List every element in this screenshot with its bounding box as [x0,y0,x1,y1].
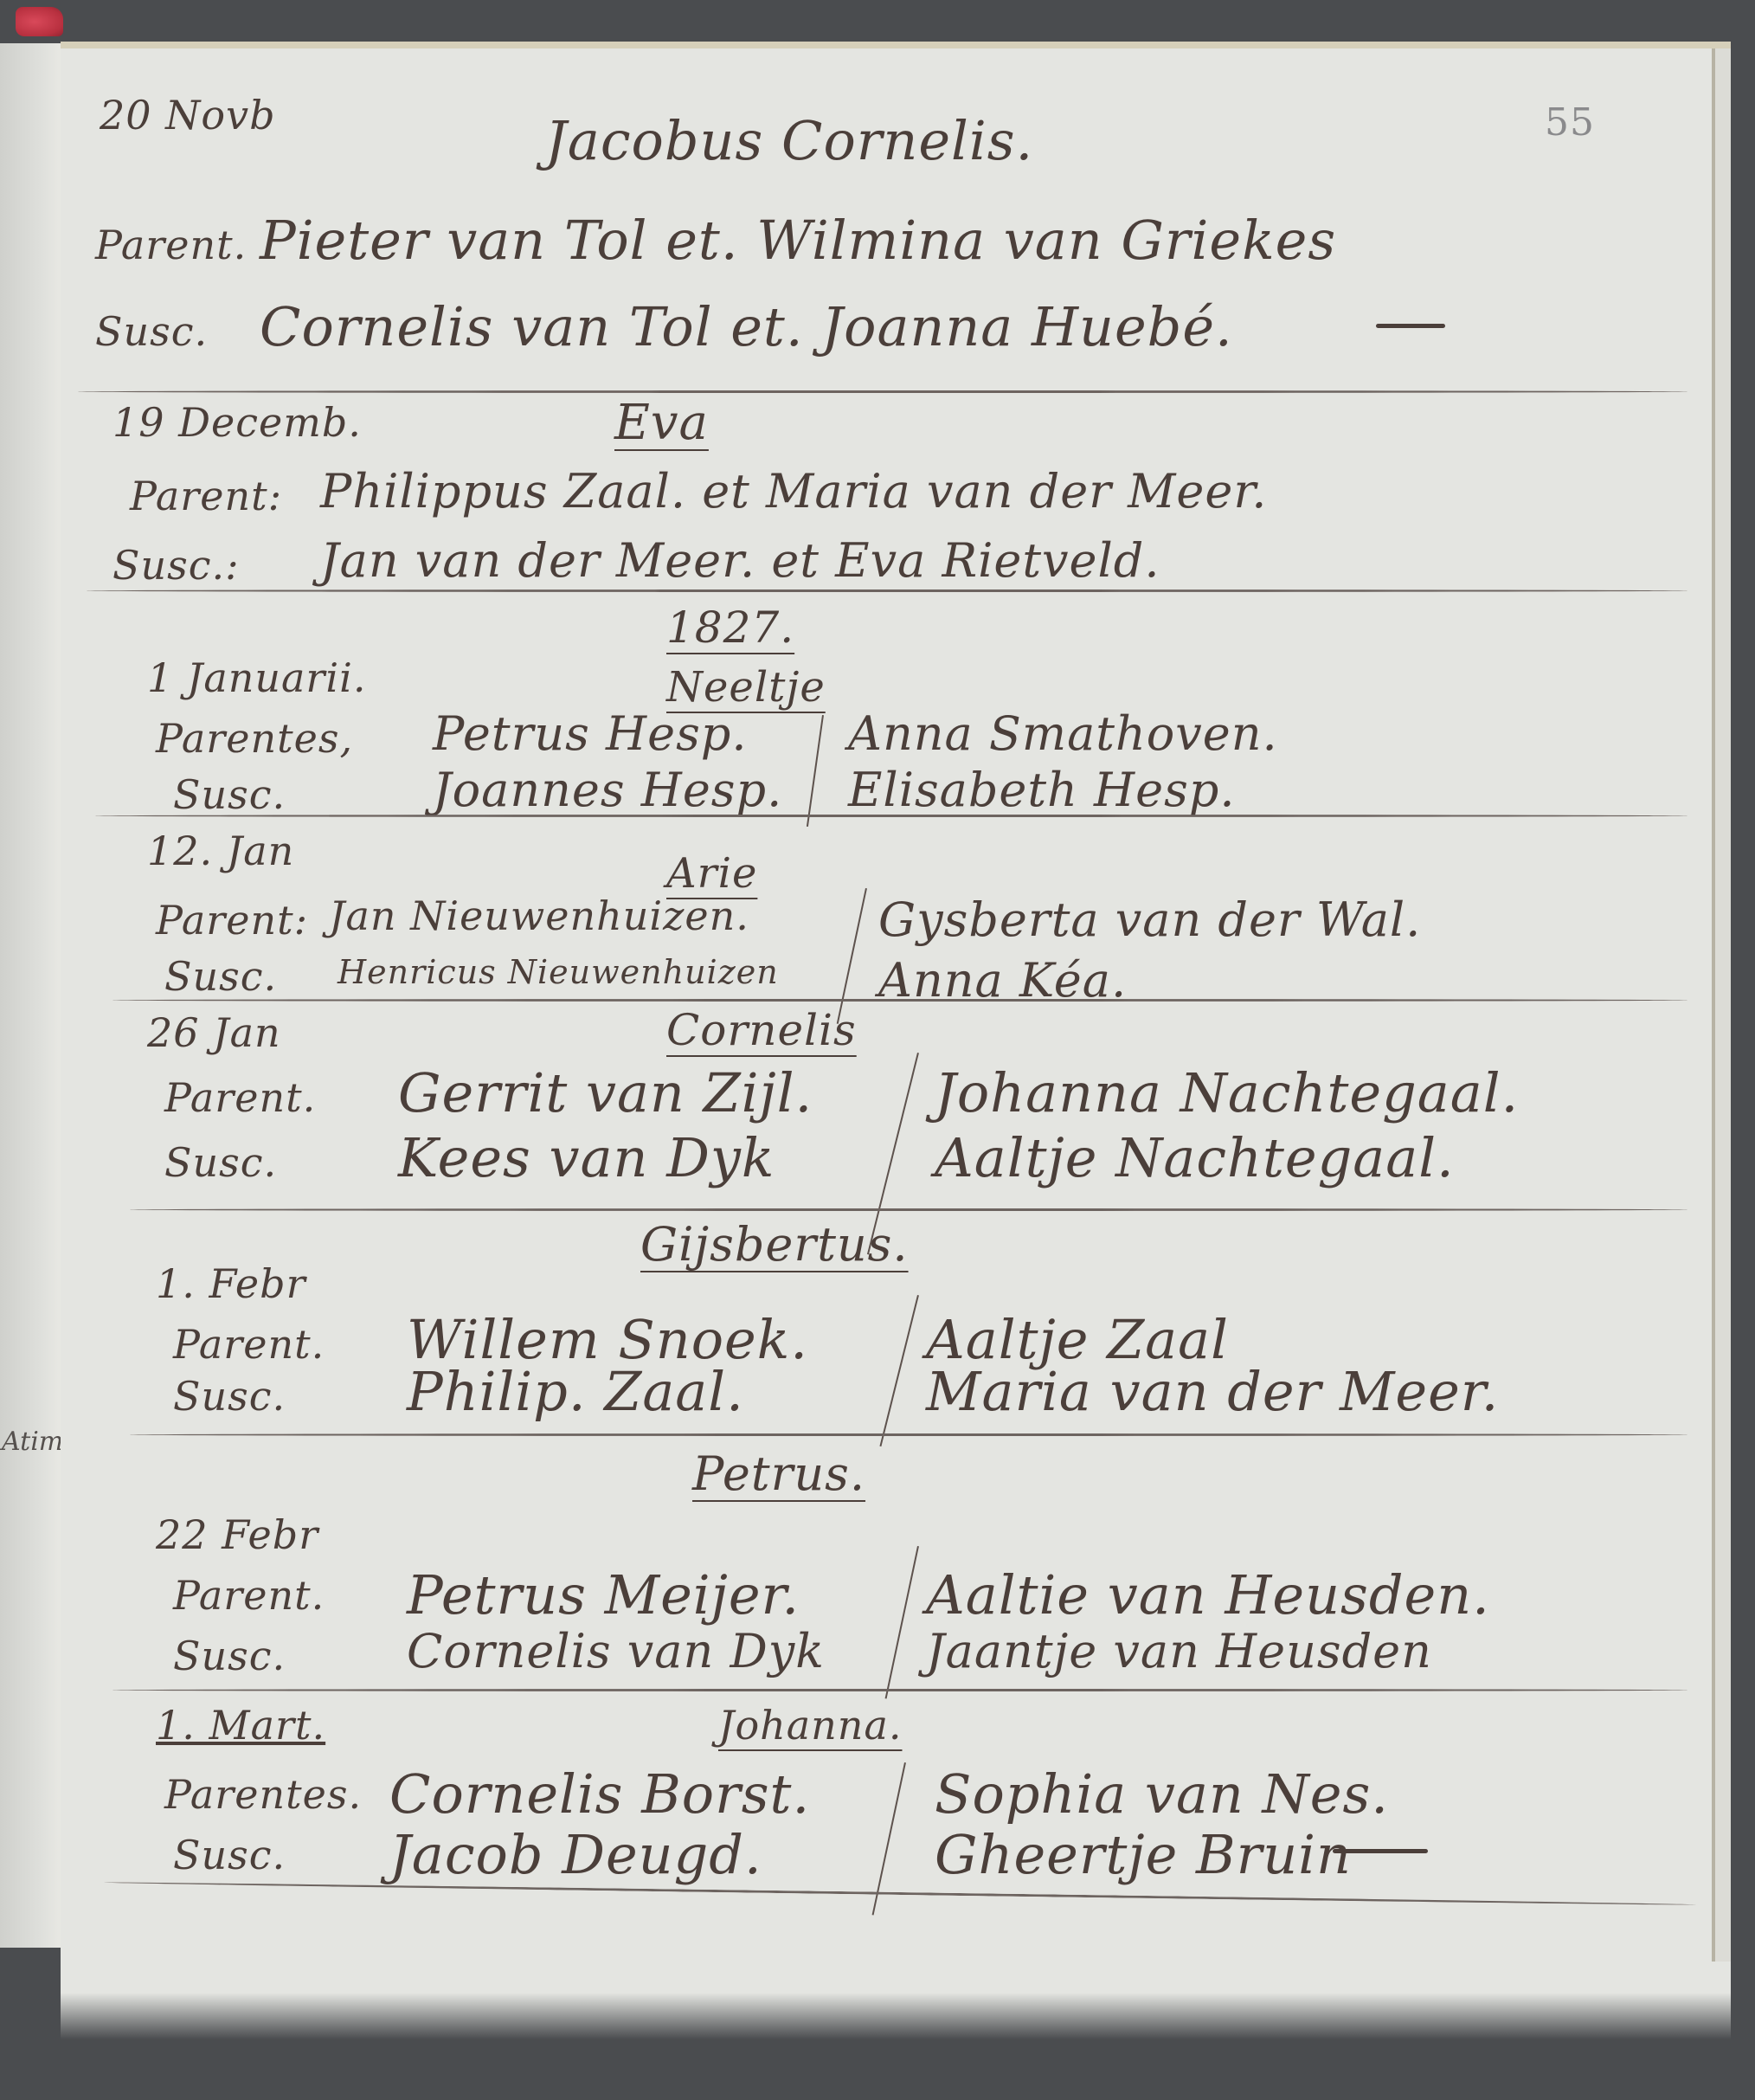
sponsor-1: Henricus Nieuwenhuizen [337,953,779,991]
sponsor-2: Maria van der Meer. [926,1360,1499,1423]
entry-date: 1. Febr [156,1260,306,1307]
sponsor-1: Kees van Dyk [398,1126,775,1189]
sponsor-1: Cornelis van Dyk [407,1624,825,1678]
separator-line [130,1208,1687,1211]
separator-line [95,815,1687,817]
father-name: Cornelis Borst. [389,1762,810,1826]
separator-line [112,1689,1687,1691]
sponsors-label: Susc. [173,1373,286,1420]
mother-name: Anna Smathoven. [848,706,1278,761]
sponsor-1: Philip. Zaal. [407,1360,744,1423]
parents-label: Parent. [164,1074,316,1121]
father-name: Gerrit van Zijl. [398,1061,813,1124]
entry-date: 1. Mart. [156,1702,325,1749]
sponsors-names: Jan van der Meer. et Eva Rietveld. [320,533,1160,588]
child-name: Petrus. [692,1446,865,1501]
sponsor-1: Jacob Deugd. [389,1823,762,1886]
separator-line [78,390,1687,393]
entry-date: 20 Novb [100,92,276,138]
mother-name: Aaltie van Heusden. [926,1563,1490,1627]
register-page: 55 20 Novb Jacobus Cornelis. Parent. Pie… [61,42,1731,1979]
parents-label: Parent: [130,473,282,519]
parents-names: Pieter van Tol et. Wilmina van Griekes [260,209,1336,272]
sponsor-2: Jaantje van Heusden [926,1624,1432,1678]
child-name: Cornelis [666,1005,857,1055]
mother-name: Johanna Nachtegaal. [935,1061,1519,1124]
previous-page-edge [0,43,63,1948]
sponsors-label: Susc. [173,1832,286,1878]
year-header: 1827. [666,602,794,653]
sponsors-names: Cornelis van Tol et. Joanna Huebé. [260,295,1233,358]
parents-label: Parent. [173,1321,325,1368]
entry-date: 19 Decemb. [112,399,362,446]
sponsors-label: Susc. [164,953,277,1000]
entry-date: 12. Jan [147,828,294,874]
sponsors-label: Susc.: [112,542,240,589]
father-name: Petrus Hesp. [433,706,748,761]
sponsors-label: Susc. [173,771,286,818]
parents-label: Parentes. [164,1771,362,1818]
entry-date: 1 Januarii. [147,654,366,701]
child-name: Gijsbertus. [640,1217,909,1272]
separator-line [112,999,1687,1002]
separator-line [87,589,1687,592]
sponsor-2: Aaltje Nachtegaal. [935,1126,1455,1189]
red-bookmark-ribbon [16,7,63,36]
father-name: Jan Nieuwenhuizen. [329,892,749,939]
sponsors-label: Susc. [164,1139,277,1186]
mother-name: Gysberta van der Wal. [878,892,1421,947]
parents-label: Parent: [156,897,308,944]
child-name: Eva [614,395,709,451]
parents-label: Parentes, [156,715,353,762]
child-name: Arie [666,849,757,898]
parents-names: Philippus Zaal. et Maria van der Meer. [320,464,1267,519]
sponsor-2: Elisabeth Hesp. [848,763,1236,817]
sponsor-1: Joannes Hesp. [433,763,782,817]
sponsors-label: Susc. [173,1633,286,1679]
child-name: Johanna. [718,1702,902,1749]
entry-date: 26 Jan [147,1009,281,1056]
child-name: Jacobus Cornelis. [545,109,1033,172]
page-number: 55 [1545,100,1595,145]
entry-date: 22 Febr [156,1511,318,1558]
father-name: Petrus Meijer. [407,1563,800,1627]
end-dash [1376,324,1445,328]
separator-line [130,1433,1687,1436]
separator-line [104,1881,1696,1906]
parents-label: Parent. [95,222,247,268]
end-dash [1333,1849,1428,1853]
parents-label: Parent. [173,1572,325,1619]
child-name: Neeltje [666,663,826,712]
mother-name: Sophia van Nes. [935,1762,1389,1826]
sponsor-2: Gheertje Bruin [935,1823,1352,1886]
sponsors-label: Susc. [95,308,208,355]
